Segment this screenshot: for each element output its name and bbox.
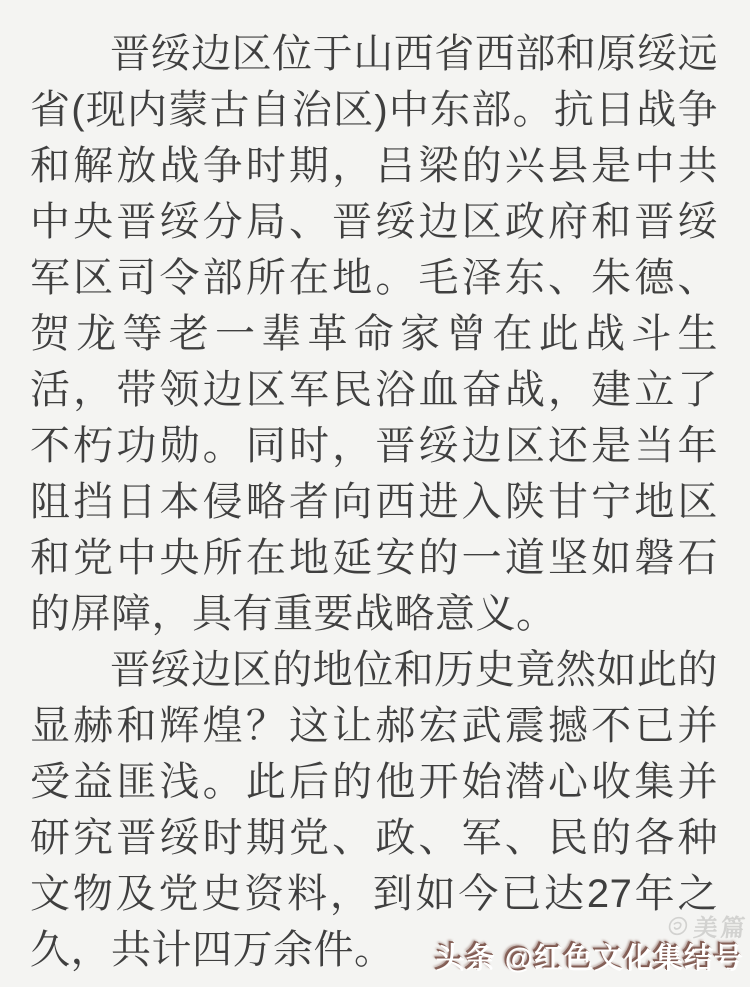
meipian-swirl-icon	[667, 916, 689, 936]
article-page: 晋绥边区位于山西省西部和原绥远省(现内蒙古自治区)中东部。抗日战争和解放战争时期…	[0, 0, 750, 987]
paragraph-2: 晋绥边区的地位和历史竟然如此的显赫和辉煌？这让郝宏武震撼不已并受益匪浅。此后的他…	[30, 642, 718, 978]
paragraph-1: 晋绥边区位于山西省西部和原绥远省(现内蒙古自治区)中东部。抗日战争和解放战争时期…	[30, 26, 718, 642]
toutiao-watermark: 头条 @红色文化集结号	[436, 936, 744, 977]
article-body: 晋绥边区位于山西省西部和原绥远省(现内蒙古自治区)中东部。抗日战争和解放战争时期…	[30, 26, 718, 978]
